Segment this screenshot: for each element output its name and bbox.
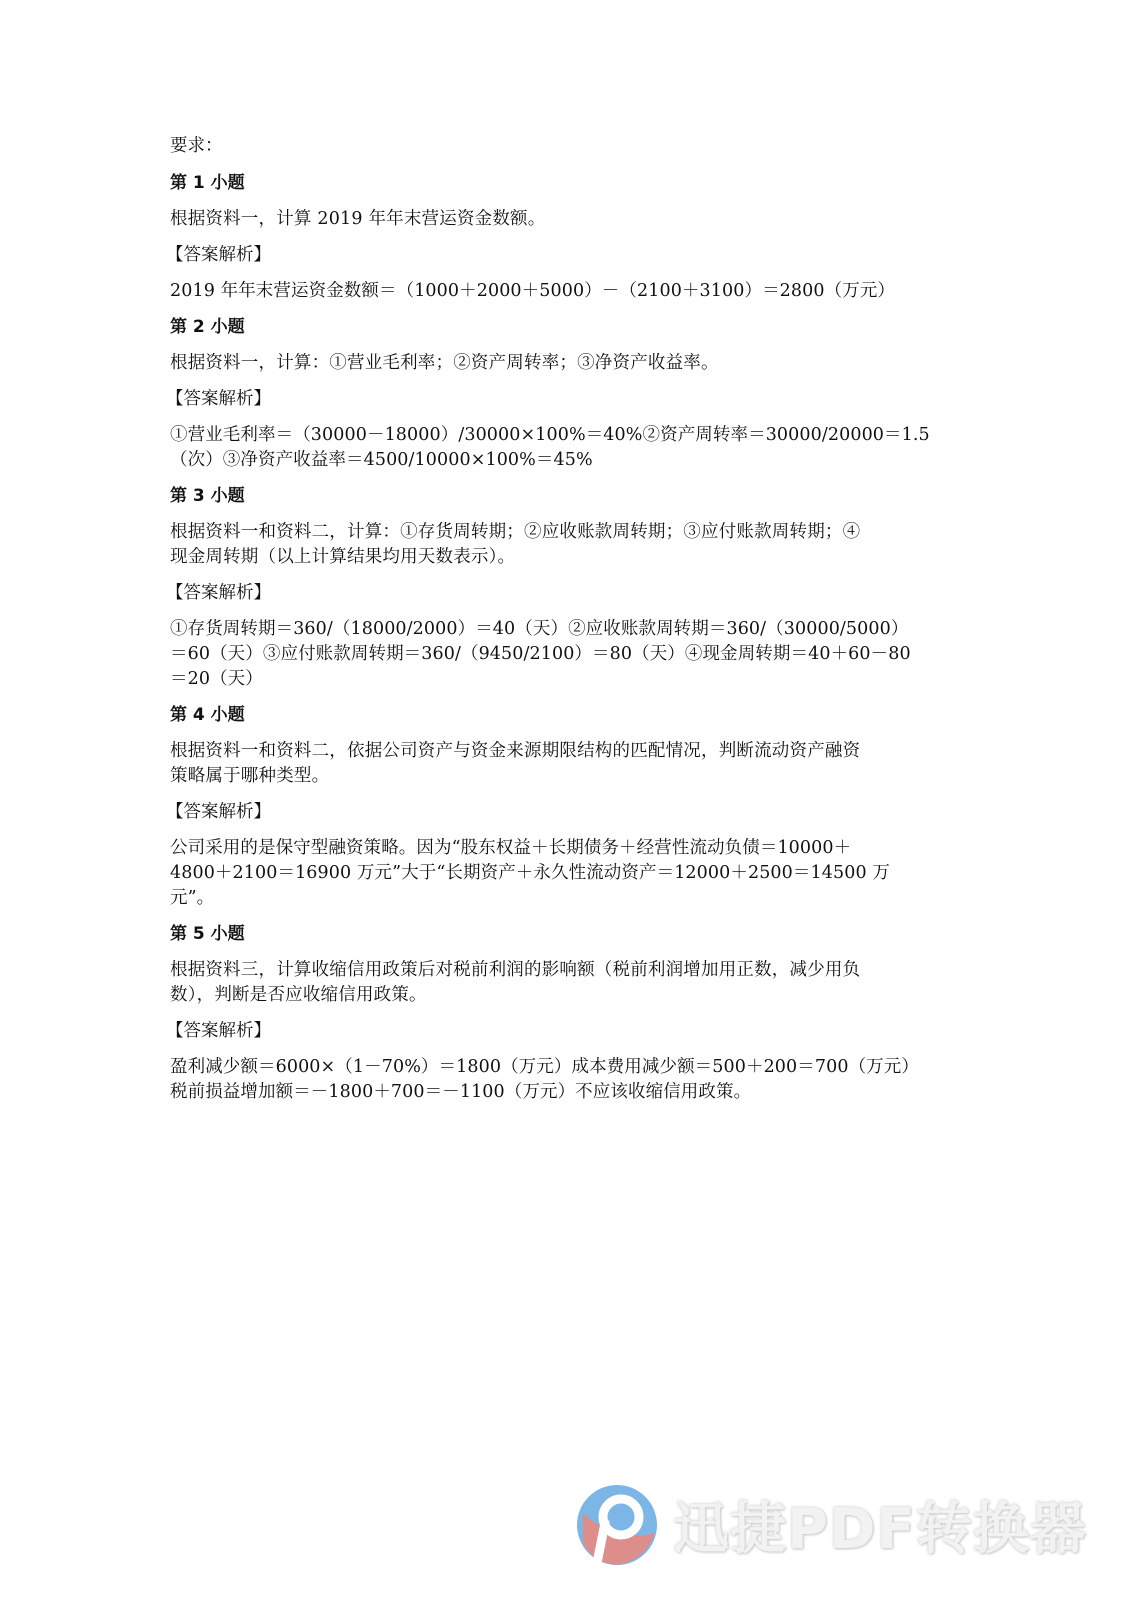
prompt-line: 根据资料一，计算 2019 年年末营运资金数额。: [170, 207, 945, 232]
answer-label: 【答案解析】: [166, 1019, 945, 1044]
answer-line: 公司采用的是保守型融资策略。因为“股东权益＋长期债务＋经营性流动负债＝10000…: [170, 836, 945, 861]
answer-line: ＝60（天）③应付账款周转期＝360/（9450/2100）＝80（天）④现金周…: [170, 642, 945, 667]
question-prompt: 根据资料一，计算 2019 年年末营运资金数额。: [170, 207, 945, 232]
question-5: 第 5 小题根据资料三，计算收缩信用政策后对税前利润的影响额（税前利润增加用正数…: [170, 922, 945, 1105]
answer-line: 盈利减少额＝6000×（1－70%）＝1800（万元）成本费用减少额＝500＋2…: [170, 1055, 945, 1080]
prompt-line: 根据资料三，计算收缩信用政策后对税前利润的影响额（税前利润增加用正数，减少用负: [170, 958, 945, 983]
answer-text: ①存货周转期＝360/（18000/2000）＝40（天）②应收账款周转期＝36…: [170, 617, 945, 692]
question-4: 第 4 小题根据资料一和资料二，依据公司资产与资金来源期限结构的匹配情况，判断流…: [170, 703, 945, 911]
answer-line: ①存货周转期＝360/（18000/2000）＝40（天）②应收账款周转期＝36…: [170, 617, 945, 642]
answer-label: 【答案解析】: [166, 581, 945, 606]
answer-text: 2019 年年末营运资金数额＝（1000＋2000＋5000）－（2100＋31…: [170, 279, 945, 304]
question-1: 第 1 小题根据资料一，计算 2019 年年末营运资金数额。【答案解析】2019…: [170, 171, 945, 304]
answer-line: （次）③净资产收益率＝4500/10000×100%＝45%: [170, 448, 945, 473]
requirement-label: 要求：: [170, 134, 945, 159]
answer-label: 【答案解析】: [166, 243, 945, 268]
answer-text: 公司采用的是保守型融资策略。因为“股东权益＋长期债务＋经营性流动负债＝10000…: [170, 836, 945, 911]
question-3: 第 3 小题根据资料一和资料二，计算：①存货周转期；②应收账款周转期；③应付账款…: [170, 484, 945, 692]
question-title: 第 2 小题: [170, 315, 945, 340]
answer-line: ①营业毛利率＝（30000－18000）/30000×100%＝40%②资产周转…: [170, 423, 945, 448]
answer-line: 元”。: [170, 886, 945, 911]
question-2: 第 2 小题根据资料一，计算：①营业毛利率；②资产周转率；③净资产收益率。【答案…: [170, 315, 945, 473]
xunjie-pdf-logo-icon: [575, 1483, 659, 1567]
answer-line: ＝20（天）: [170, 667, 945, 692]
question-title: 第 5 小题: [170, 922, 945, 947]
question-prompt: 根据资料一和资料二，计算：①存货周转期；②应收账款周转期；③应付账款周转期；④现…: [170, 520, 945, 570]
answer-line: 4800＋2100＝16900 万元”大于“长期资产＋永久性流动资产＝12000…: [170, 861, 945, 886]
question-title: 第 4 小题: [170, 703, 945, 728]
question-prompt: 根据资料一，计算：①营业毛利率；②资产周转率；③净资产收益率。: [170, 351, 945, 376]
watermark-text: 迅捷PDF转换器: [673, 1485, 1087, 1565]
answer-line: 税前损益增加额＝－1800＋700＝－1100（万元）不应该收缩信用政策。: [170, 1080, 945, 1105]
prompt-line: 根据资料一，计算：①营业毛利率；②资产周转率；③净资产收益率。: [170, 351, 945, 376]
prompt-line: 根据资料一和资料二，计算：①存货周转期；②应收账款周转期；③应付账款周转期；④: [170, 520, 945, 545]
watermark: 迅捷PDF转换器: [575, 1480, 1095, 1570]
question-list: 第 1 小题根据资料一，计算 2019 年年末营运资金数额。【答案解析】2019…: [170, 171, 945, 1105]
prompt-line: 策略属于哪种类型。: [170, 764, 945, 789]
question-prompt: 根据资料三，计算收缩信用政策后对税前利润的影响额（税前利润增加用正数，减少用负数…: [170, 958, 945, 1008]
document-page: 要求： 第 1 小题根据资料一，计算 2019 年年末营运资金数额。【答案解析】…: [0, 0, 1131, 1600]
prompt-line: 根据资料一和资料二，依据公司资产与资金来源期限结构的匹配情况，判断流动资产融资: [170, 739, 945, 764]
question-prompt: 根据资料一和资料二，依据公司资产与资金来源期限结构的匹配情况，判断流动资产融资策…: [170, 739, 945, 789]
answer-label: 【答案解析】: [166, 800, 945, 825]
question-title: 第 3 小题: [170, 484, 945, 509]
answer-line: 2019 年年末营运资金数额＝（1000＋2000＋5000）－（2100＋31…: [170, 279, 945, 304]
question-title: 第 1 小题: [170, 171, 945, 196]
document-content: 要求： 第 1 小题根据资料一，计算 2019 年年末营运资金数额。【答案解析】…: [170, 134, 945, 1116]
answer-text: 盈利减少额＝6000×（1－70%）＝1800（万元）成本费用减少额＝500＋2…: [170, 1055, 945, 1105]
answer-label: 【答案解析】: [166, 387, 945, 412]
prompt-line: 现金周转期（以上计算结果均用天数表示）。: [170, 545, 945, 570]
answer-text: ①营业毛利率＝（30000－18000）/30000×100%＝40%②资产周转…: [170, 423, 945, 473]
prompt-line: 数），判断是否应收缩信用政策。: [170, 983, 945, 1008]
